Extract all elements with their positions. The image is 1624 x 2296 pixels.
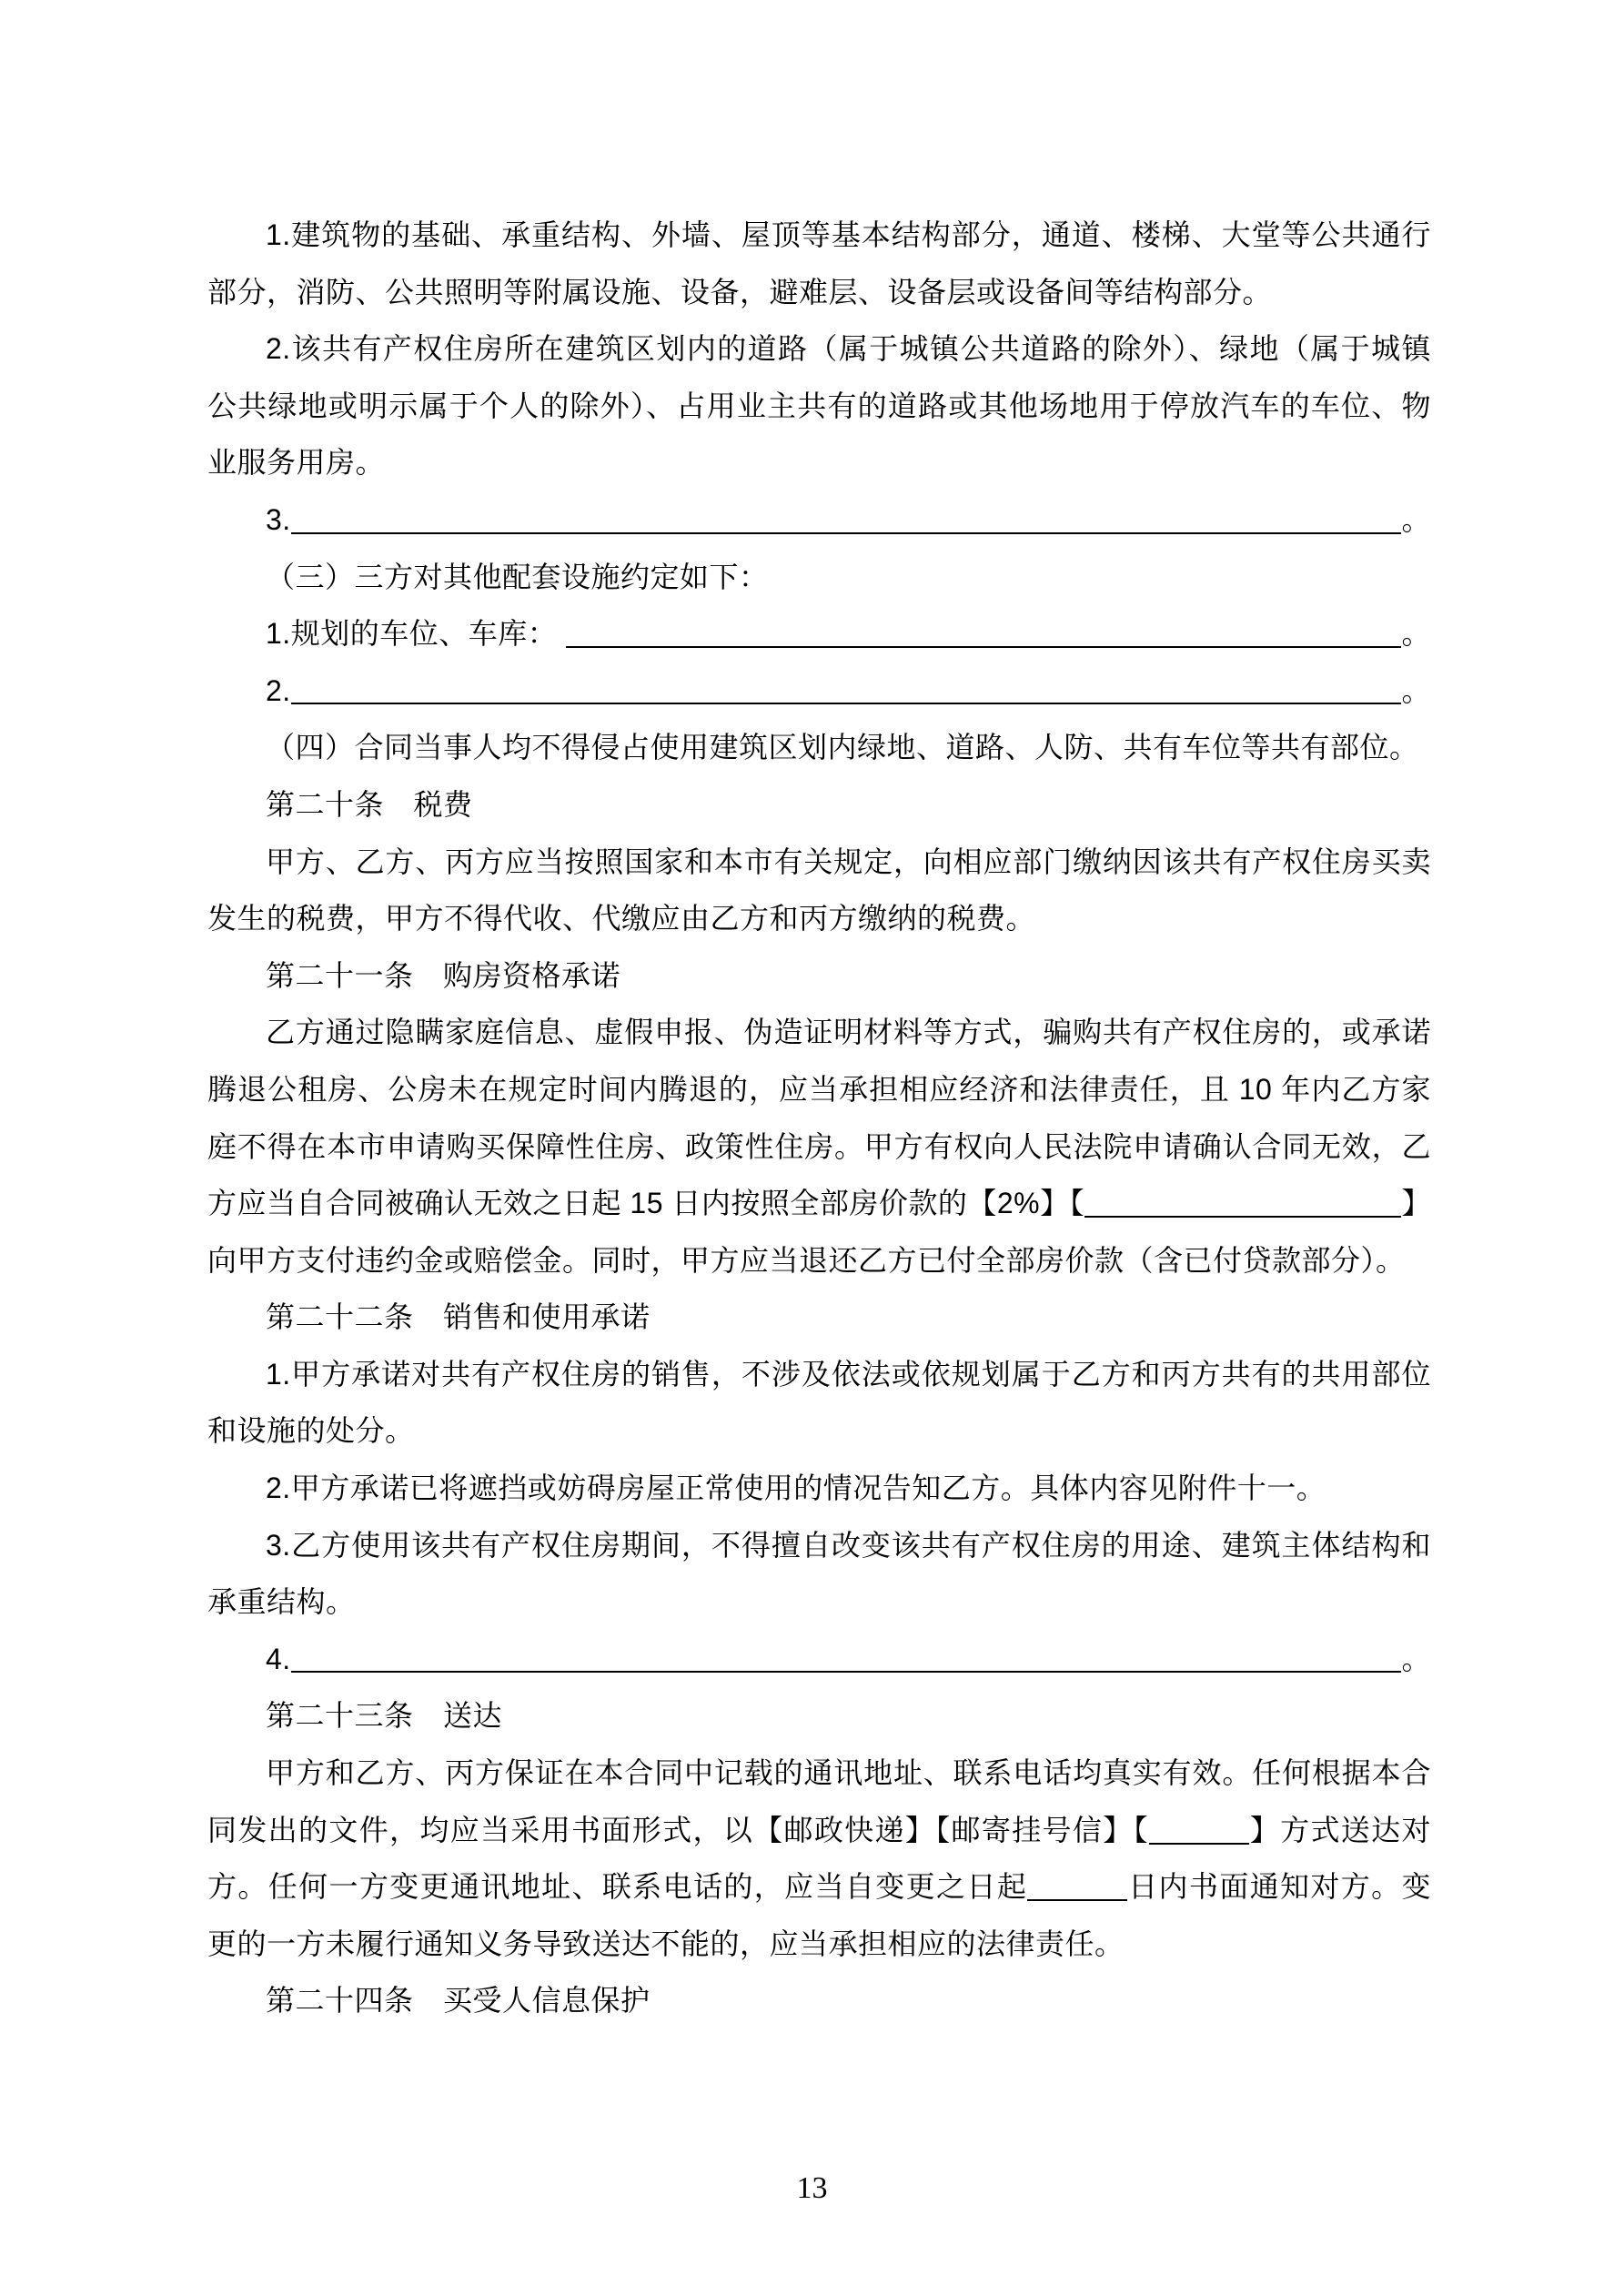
blank-underline [291, 491, 1402, 549]
line-text: 】方式送达对 [1249, 1814, 1431, 1846]
line-text: 发生的税费，甲方不得代收、代缴应由乙方和丙方缴纳的税费。 [207, 902, 1035, 935]
line-text: （三）三方对其他配套设施约定如下： [266, 561, 769, 593]
line-text: 方应当自合同被确认无效之日起 15 日内按照全部房价款的【2%】【 [207, 1175, 1084, 1232]
doc-line: 腾退公租房、公房未在规定时间内腾退的，应当承担相应经济和法律责任，且 10 年内… [207, 1061, 1431, 1118]
line-text: 。 [1401, 491, 1431, 549]
doc-line: 4.。 [207, 1631, 1431, 1688]
line-text: 3. [266, 491, 291, 549]
line-text: 第二十三条 送达 [266, 1699, 502, 1732]
line-text: 腾退公租房、公房未在规定时间内腾退的，应当承担相应经济和法律责任，且 10 年内… [207, 1073, 1431, 1106]
doc-line: （四）合同当事人均不得侵占使用建筑区划内绿地、道路、人防、共有车位等共有部位。 [207, 719, 1431, 776]
doc-line: 向甲方支付违约金或赔偿金。同时，甲方应当退还乙方已付全部房价款（含已付贷款部分）… [207, 1232, 1431, 1290]
doc-line: 和设施的处分。 [207, 1402, 1431, 1460]
line-text: 1.规划的车位、车库： [266, 605, 566, 663]
line-text: 甲方、乙方、丙方应当按照国家和本市有关规定，向相应部门缴纳因该共有产权住房买卖 [266, 845, 1431, 878]
blank-underline [1027, 1899, 1127, 1901]
line-text: 承重结构。 [207, 1585, 356, 1618]
doc-line: 甲方和乙方、丙方保证在本合同中记载的通讯地址、联系电话均真实有效。任何根据本合 [207, 1745, 1431, 1802]
line-text: 1.甲方承诺对共有产权住房的销售，不涉及依法或依规划属于乙方和丙方共有的共用部位 [266, 1358, 1431, 1391]
blank-underline [1084, 1175, 1401, 1232]
line-text: 第二十条 税费 [266, 788, 473, 821]
doc-line: 第二十四条 买受人信息保护 [207, 1972, 1431, 2029]
line-text: 1.建筑物的基础、承重结构、外墙、屋顶等基本结构部分，通道、楼梯、大堂等公共通行 [266, 218, 1431, 251]
doc-line: 发生的税费，甲方不得代收、代缴应由乙方和丙方缴纳的税费。 [207, 890, 1431, 947]
blank-underline [566, 605, 1402, 663]
line-text: 庭不得在本市申请购买保障性住房、政策性住房。甲方有权向人民法院申请确认合同无效，… [207, 1130, 1431, 1163]
blank-underline [1149, 1843, 1249, 1845]
blank-underline [291, 1631, 1402, 1688]
line-text: 。 [1401, 1631, 1431, 1688]
line-text: 第二十一条 购房资格承诺 [266, 959, 620, 992]
line-text: 业服务用房。 [207, 446, 385, 479]
doc-line: 方应当自合同被确认无效之日起 15 日内按照全部房价款的【2%】【】 [207, 1175, 1431, 1232]
line-text: 部分，消防、公共照明等附属设施、设备，避难层、设备层或设备间等结构部分。 [207, 276, 1272, 308]
doc-line: 3.。 [207, 491, 1431, 549]
doc-line: 甲方、乙方、丙方应当按照国家和本市有关规定，向相应部门缴纳因该共有产权住房买卖 [207, 834, 1431, 891]
line-text: 甲方和乙方、丙方保证在本合同中记载的通讯地址、联系电话均真实有效。任何根据本合 [266, 1756, 1431, 1789]
contract-page: 1.建筑物的基础、承重结构、外墙、屋顶等基本结构部分，通道、楼梯、大堂等公共通行… [0, 0, 1624, 2296]
doc-line: 承重结构。 [207, 1573, 1431, 1631]
doc-line: 更的一方未履行通知义务导致送达不能的，应当承担相应的法律责任。 [207, 1916, 1431, 1973]
line-text: （四）合同当事人均不得侵占使用建筑区划内绿地、道路、人防、共有车位等共有部位。 [266, 731, 1419, 764]
doc-line: 第二十二条 销售和使用承诺 [207, 1289, 1431, 1346]
doc-line: 庭不得在本市申请购买保障性住房、政策性住房。甲方有权向人民法院申请确认合同无效，… [207, 1118, 1431, 1176]
doc-line: （三）三方对其他配套设施约定如下： [207, 549, 1431, 606]
line-text: 】 [1401, 1175, 1431, 1232]
doc-line: 第二十一条 购房资格承诺 [207, 947, 1431, 1005]
doc-line: 2.该共有产权住房所在建筑区划内的道路（属于城镇公共道路的除外）、绿地（属于城镇 [207, 320, 1431, 378]
doc-line: 1.规划的车位、车库： 。 [207, 605, 1431, 663]
doc-line: 乙方通过隐瞒家庭信息、虚假申报、伪造证明材料等方式，骗购共有产权住房的，或承诺 [207, 1004, 1431, 1061]
doc-line: 方。任何一方变更通讯地址、联系电话的，应当自变更之日起日内书面通知对方。变 [207, 1858, 1431, 1916]
line-text: 向甲方支付违约金或赔偿金。同时，甲方应当退还乙方已付全部房价款（含已付贷款部分）… [207, 1244, 1406, 1277]
line-text: 2.该共有产权住房所在建筑区划内的道路（属于城镇公共道路的除外）、绿地（属于城镇 [266, 332, 1431, 365]
line-text: 第二十四条 买受人信息保护 [266, 1984, 651, 2017]
line-text: 第二十二条 销售和使用承诺 [266, 1300, 651, 1333]
line-text: 方。任何一方变更通讯地址、联系电话的，应当自变更之日起 [207, 1870, 1027, 1903]
document-body: 1.建筑物的基础、承重结构、外墙、屋顶等基本结构部分，通道、楼梯、大堂等公共通行… [207, 207, 1431, 2029]
line-text: 2.甲方承诺已将遮挡或妨碍房屋正常使用的情况告知乙方。具体内容见附件十一。 [266, 1472, 1326, 1504]
line-text: 2. [266, 663, 291, 720]
line-text: 3.乙方使用该共有产权住房期间，不得擅自改变该共有产权住房的用途、建筑主体结构和 [266, 1529, 1431, 1562]
doc-line: 业服务用房。 [207, 434, 1431, 491]
doc-line: 3.乙方使用该共有产权住房期间，不得擅自改变该共有产权住房的用途、建筑主体结构和 [207, 1517, 1431, 1574]
line-text: 。 [1401, 605, 1431, 663]
line-text: 更的一方未履行通知义务导致送达不能的，应当承担相应的法律责任。 [207, 1927, 1125, 1960]
line-text: 公共绿地或明示属于个人的除外）、占用业主共有的道路或其他场地用于停放汽车的车位、… [207, 389, 1431, 422]
blank-underline [291, 663, 1402, 720]
line-text: 。 [1401, 663, 1431, 720]
line-text: 日内书面通知对方。变 [1127, 1870, 1431, 1903]
doc-line: 1.建筑物的基础、承重结构、外墙、屋顶等基本结构部分，通道、楼梯、大堂等公共通行 [207, 207, 1431, 264]
doc-line: 2.甲方承诺已将遮挡或妨碍房屋正常使用的情况告知乙方。具体内容见附件十一。 [207, 1460, 1431, 1517]
doc-line: 第二十条 税费 [207, 776, 1431, 834]
doc-line: 2.。 [207, 663, 1431, 720]
line-text: 同发出的文件，均应当采用书面形式，以【邮政快递】【邮寄挂号信】【 [207, 1814, 1149, 1846]
doc-line: 第二十三条 送达 [207, 1687, 1431, 1745]
page-number: 13 [0, 2171, 1624, 2206]
line-text: 4. [266, 1631, 291, 1688]
line-text: 和设施的处分。 [207, 1414, 415, 1447]
doc-line: 公共绿地或明示属于个人的除外）、占用业主共有的道路或其他场地用于停放汽车的车位、… [207, 378, 1431, 435]
doc-line: 同发出的文件，均应当采用书面形式，以【邮政快递】【邮寄挂号信】【】方式送达对 [207, 1802, 1431, 1859]
doc-line: 1.甲方承诺对共有产权住房的销售，不涉及依法或依规划属于乙方和丙方共有的共用部位 [207, 1346, 1431, 1403]
line-text: 乙方通过隐瞒家庭信息、虚假申报、伪造证明材料等方式，骗购共有产权住房的，或承诺 [266, 1016, 1431, 1048]
doc-line: 部分，消防、公共照明等附属设施、设备，避难层、设备层或设备间等结构部分。 [207, 264, 1431, 321]
